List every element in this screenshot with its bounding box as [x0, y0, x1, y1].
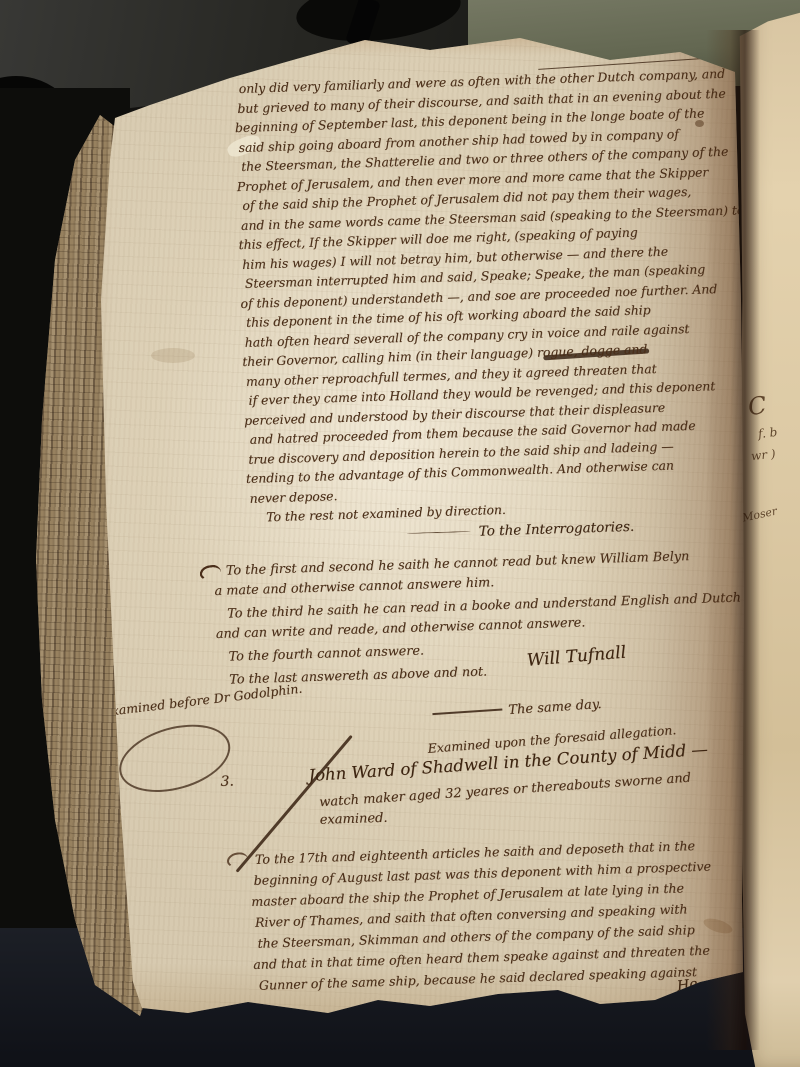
- handwritten-ink-layer: only did very familiarly and were as oft…: [39, 9, 770, 1035]
- manuscript-page: only did very familiarly and were as oft…: [55, 20, 755, 1025]
- manuscript-photo: C f. b wr ) Moser only did very familiar…: [0, 0, 800, 1067]
- same-day-line: The same day.: [432, 697, 602, 723]
- pen-flourish: [111, 713, 238, 804]
- final-deposition-paragraph: To the 17th and eighteenth articles he s…: [253, 835, 715, 996]
- deponent-examined-line: examined.: [320, 811, 388, 828]
- interrogatories-heading: To the Interrogatories.: [407, 519, 635, 542]
- facing-page-ink-fragment: Moser: [741, 504, 778, 524]
- facing-page: C f. b wr ) Moser: [736, 0, 800, 1067]
- facing-page-ink-fragment: f. b: [757, 425, 778, 441]
- margin-number: 3.: [220, 773, 234, 789]
- deposition-paragraph: only did very familiarly and were as oft…: [236, 63, 753, 527]
- facing-page-ink-fragment: C: [746, 391, 768, 421]
- interrogatory-answers: To the first and second he saith he cann…: [226, 546, 744, 694]
- margin-note-examined-before: Examined before Dr Godolphin.: [102, 681, 303, 720]
- facing-page-ink-fragment: wr ): [750, 447, 776, 463]
